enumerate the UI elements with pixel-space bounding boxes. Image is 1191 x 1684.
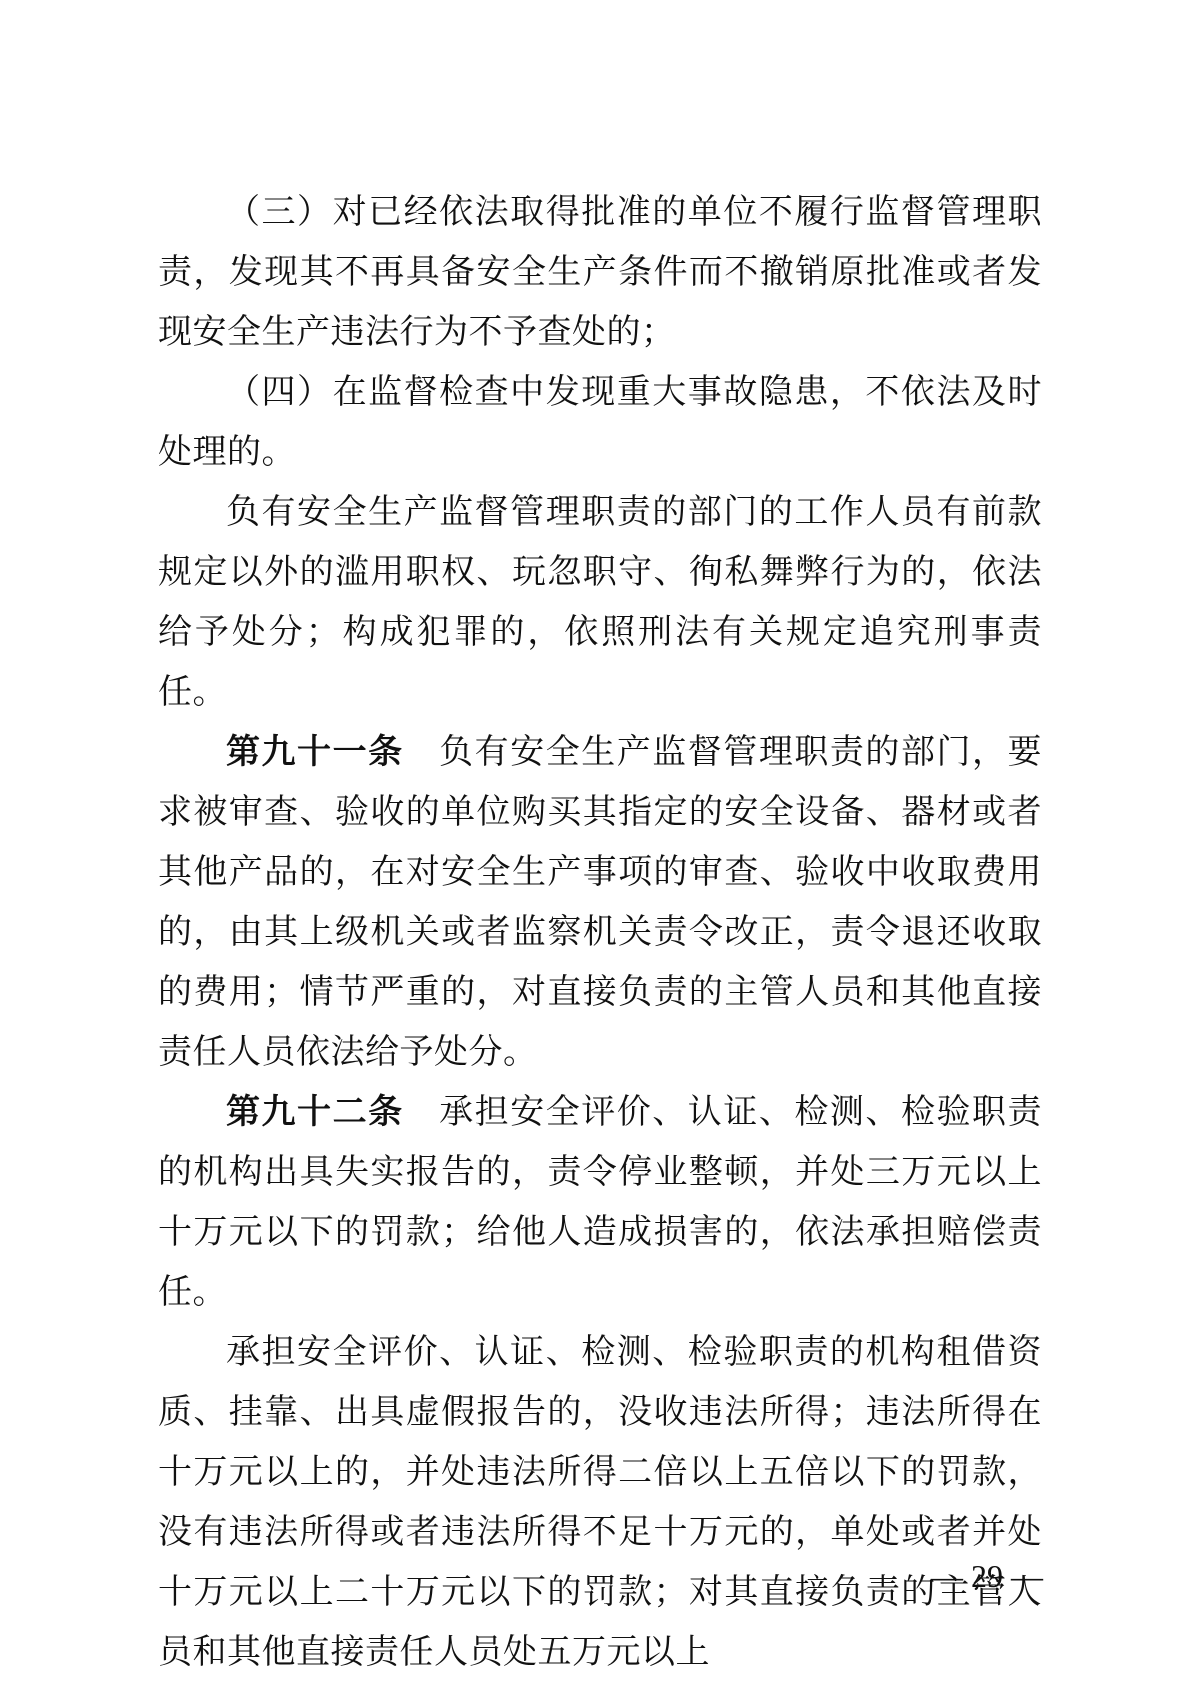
paragraph: 第九十二条 承担安全评价、认证、检测、检验职责的机构出具失实报告的，责令停业整顿… bbox=[158, 1082, 1042, 1322]
paragraph-text: 负有安全生产监督管理职责的部门的工作人员有前款规定以外的滥用职权、玩忽职守、徇私… bbox=[158, 492, 1042, 712]
paragraph: （四）在监督检查中发现重大事故隐患，不依法及时处理的。 bbox=[158, 362, 1042, 482]
article-number: 第九十二条 bbox=[226, 1092, 404, 1132]
document-page: （三）对已经依法取得批准的单位不履行监督管理职责，发现其不再具备安全生产条件而不… bbox=[0, 0, 1191, 1684]
paragraph: 第九十一条 负有安全生产监督管理职责的部门，要求被审查、验收的单位购买其指定的安… bbox=[158, 722, 1042, 1082]
paragraph: 负有安全生产监督管理职责的部门的工作人员有前款规定以外的滥用职权、玩忽职守、徇私… bbox=[158, 482, 1042, 722]
paragraph: 承担安全评价、认证、检测、检验职责的机构租借资质、挂靠、出具虚假报告的，没收违法… bbox=[158, 1322, 1042, 1682]
page-number: — 29 — bbox=[931, 1556, 1043, 1596]
paragraph: （三）对已经依法取得批准的单位不履行监督管理职责，发现其不再具备安全生产条件而不… bbox=[158, 182, 1042, 362]
document-body: （三）对已经依法取得批准的单位不履行监督管理职责，发现其不再具备安全生产条件而不… bbox=[158, 182, 1042, 1682]
paragraph-text: 承担安全评价、认证、检测、检验职责的机构租借资质、挂靠、出具虚假报告的，没收违法… bbox=[158, 1332, 1042, 1672]
paragraph-text: （四）在监督检查中发现重大事故隐患，不依法及时处理的。 bbox=[158, 372, 1042, 472]
article-number: 第九十一条 bbox=[226, 732, 404, 772]
paragraph-text: 负有安全生产监督管理职责的部门，要求被审查、验收的单位购买其指定的安全设备、器材… bbox=[158, 732, 1042, 1072]
paragraph-text: （三）对已经依法取得批准的单位不履行监督管理职责，发现其不再具备安全生产条件而不… bbox=[158, 192, 1042, 352]
